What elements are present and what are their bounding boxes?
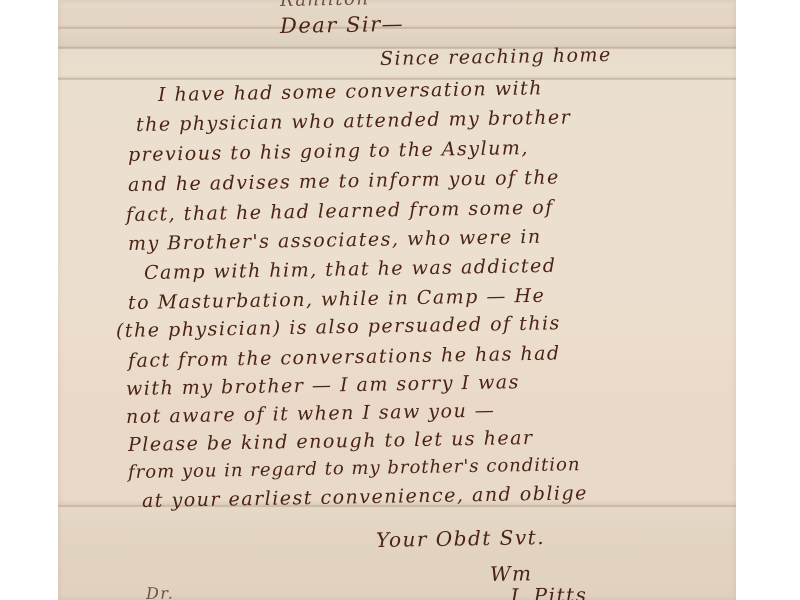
body-line: Camp with him, that he was addicted [144, 255, 557, 284]
letter-paper: Rahilton Dear Sir— Since reaching home I… [58, 0, 736, 600]
body-line: not aware of it when I saw you — [126, 400, 496, 428]
body-line: from you in regard to my brother's condi… [128, 454, 581, 483]
body-line: fact, that he had learned from some of [126, 197, 554, 226]
margin-note: Dr. [146, 584, 175, 600]
signature-first-name: Wm [490, 561, 533, 586]
body-line: previous to his going to the Asylum, [128, 137, 529, 166]
salutation: Dear Sir— [280, 12, 405, 38]
body-line: fact from the conversations he has had [128, 342, 561, 372]
signature-last-name: J. Pitts [510, 583, 588, 600]
body-line: to Masturbation, while in Camp — He [128, 285, 546, 314]
body-line: at your earliest convenience, and oblige [142, 482, 588, 512]
body-line: Since reaching home [380, 44, 612, 70]
body-line: with my brother — I am sorry I was [126, 371, 520, 400]
body-line: (the physician) is also persuaded of thi… [116, 312, 561, 342]
body-line: my Brother's associates, who were in [128, 226, 542, 255]
body-line: Please be kind enough to let us hear [128, 427, 534, 456]
body-line: I have had some conversation with [158, 77, 543, 106]
place-line: Rahilton [280, 0, 370, 11]
body-line: and he advises me to inform you of the [128, 166, 560, 196]
body-line: the physician who attended my brother [136, 106, 572, 136]
closing: Your Obdt Svt. [376, 525, 546, 552]
